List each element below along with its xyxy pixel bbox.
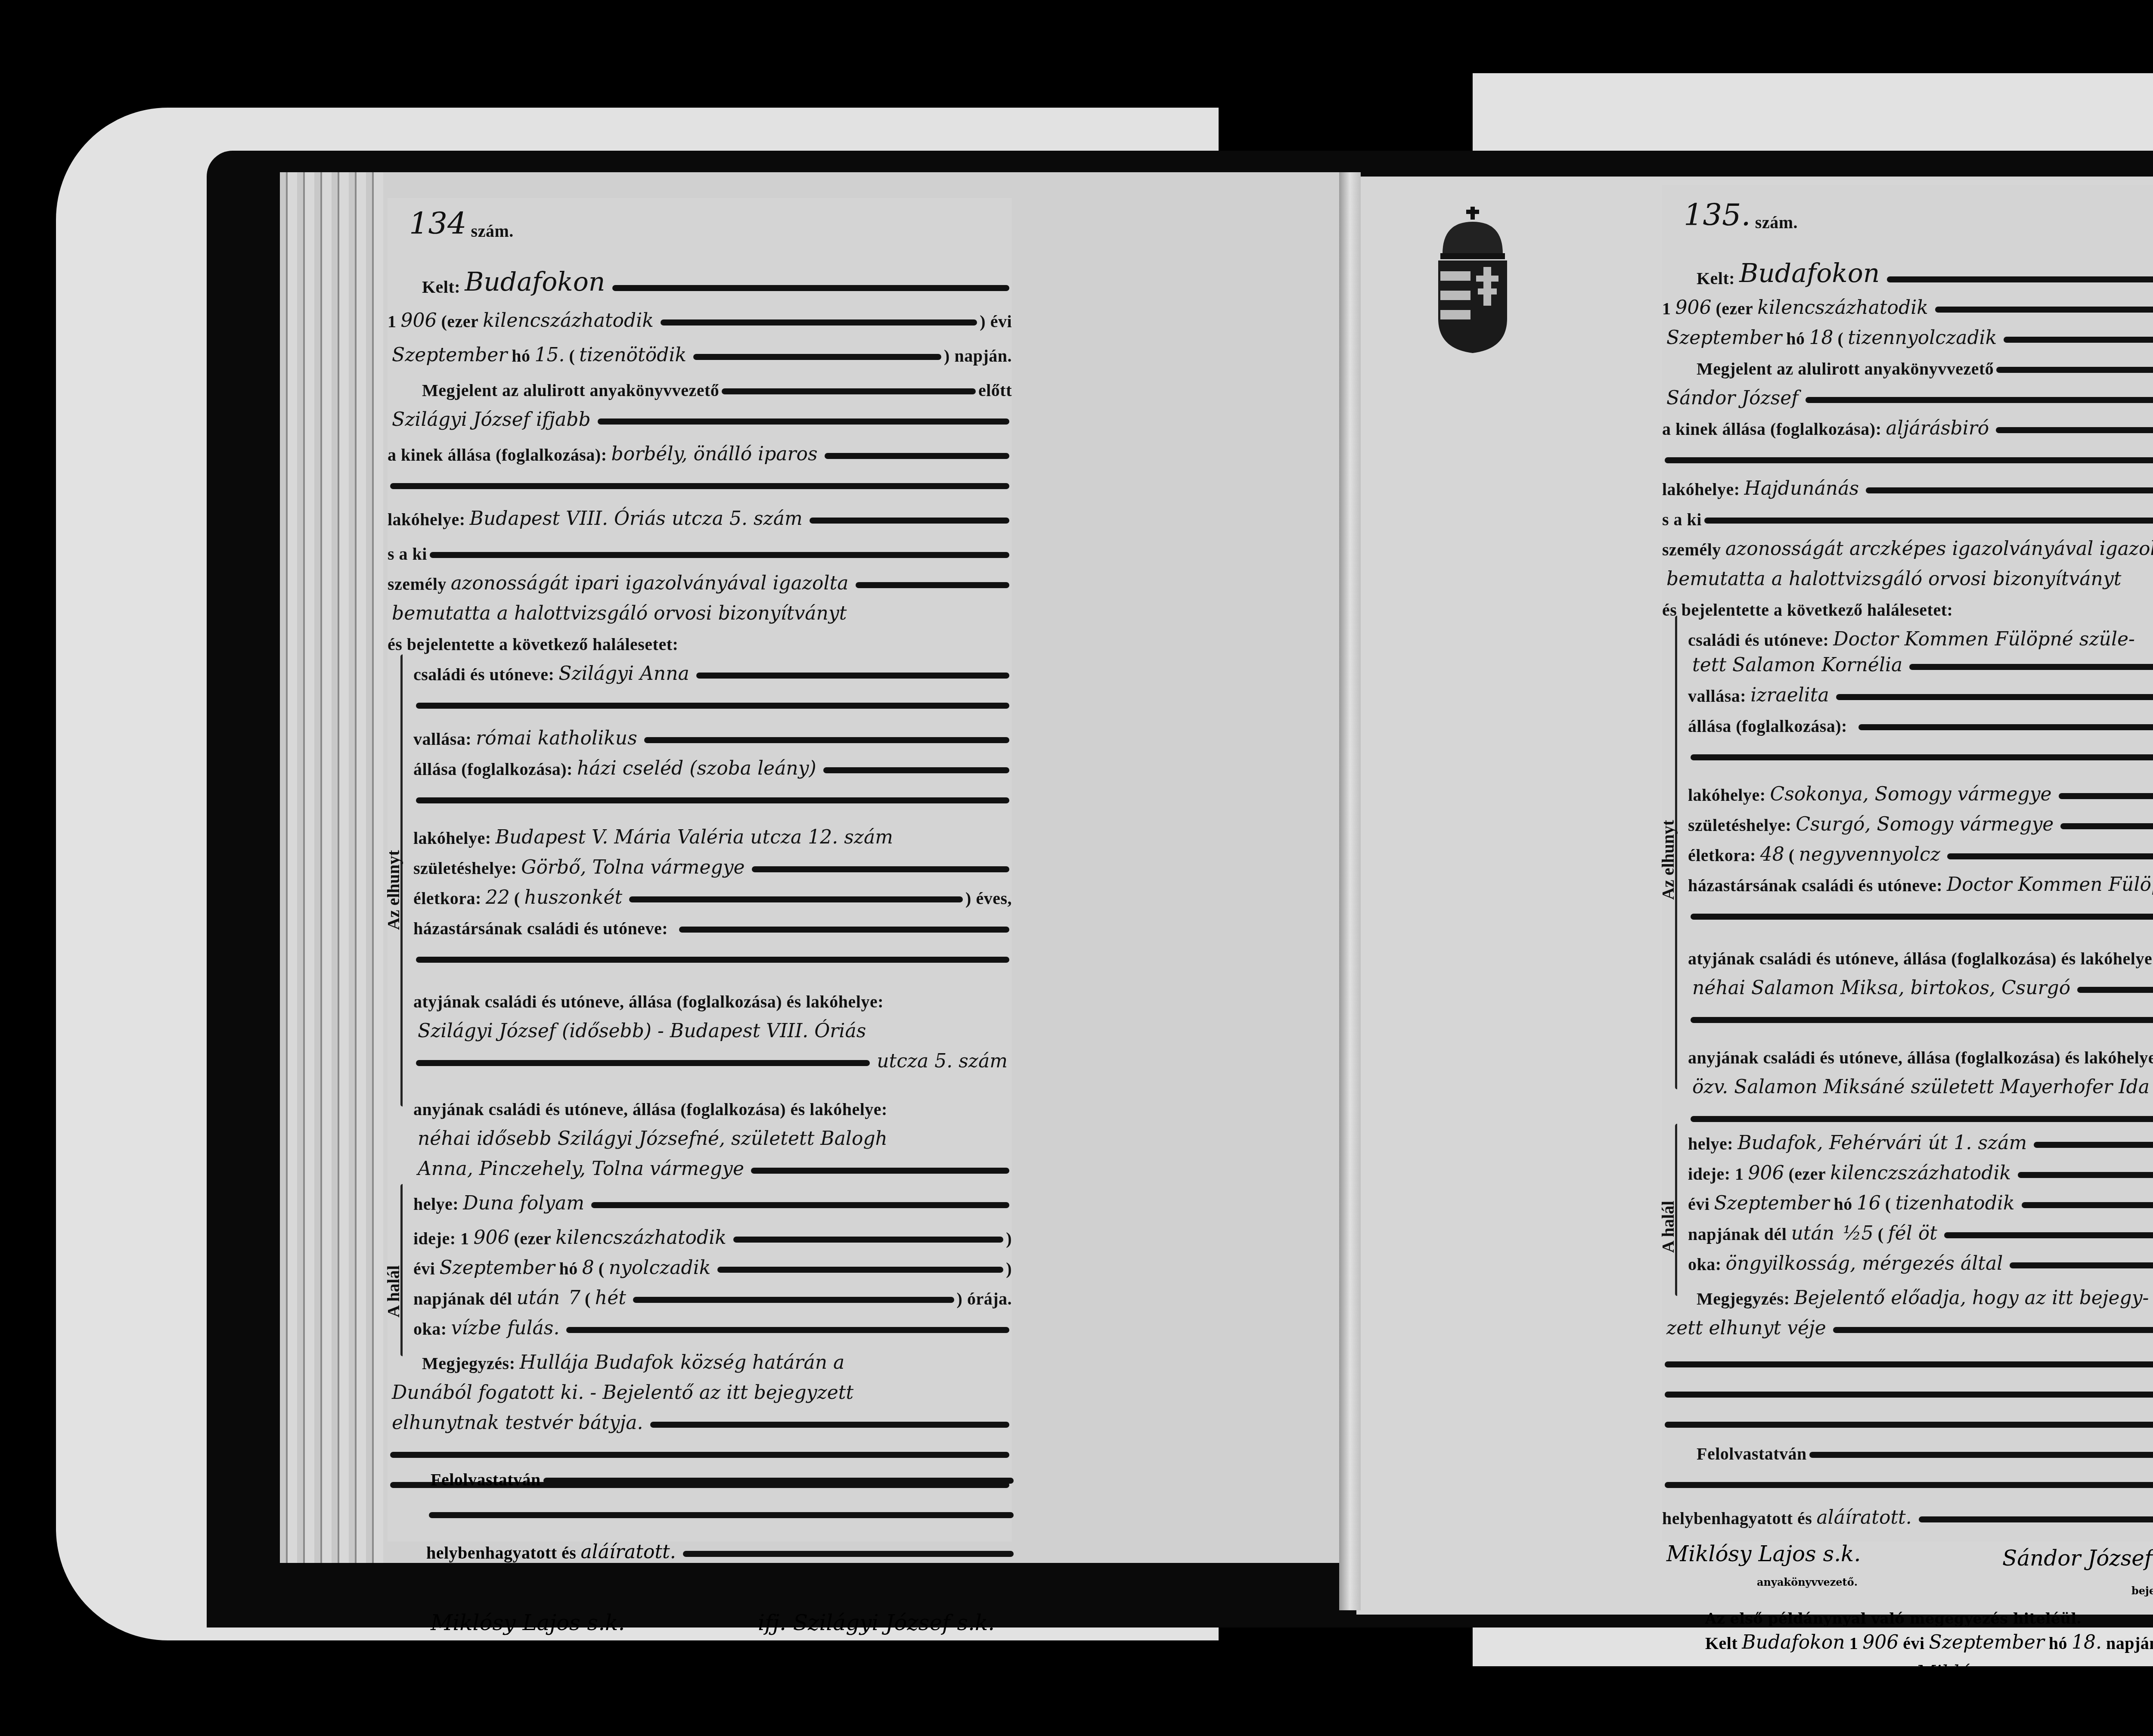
death-hour: 7 bbox=[568, 1287, 580, 1309]
deceased-residence: Budapest V. Mária Valéria utcza 12. szám bbox=[496, 826, 893, 848]
year-field: 906 bbox=[401, 310, 437, 332]
certified-place: Budafokon bbox=[1742, 1631, 1845, 1653]
year-words-field: kilencszázhatodik bbox=[1757, 297, 1928, 319]
deceased-birthplace: Csurgó, Somogy vármegye bbox=[1796, 813, 2054, 835]
record-134: 134 szám. Kelt: Budafokon 1 906 (ezer ki… bbox=[388, 198, 1012, 1541]
death-year: 906 bbox=[1748, 1162, 1784, 1184]
left-felolvastatvan-row: Felolvastatván bbox=[431, 1460, 1016, 1490]
year-words-field: kilencszázhatodik bbox=[483, 310, 654, 332]
place-field: Budafokon bbox=[1739, 258, 1880, 288]
deceased-religion: izraelita bbox=[1750, 684, 1829, 706]
side-label-death: A halál bbox=[1658, 1201, 1678, 1253]
remarks-line-3: elhunytnak testvér bátyja. bbox=[392, 1412, 643, 1434]
deceased-age-words: huszonkét bbox=[524, 887, 623, 908]
remarks-line-1: Hullája Budafok község határán a bbox=[519, 1352, 844, 1373]
record-number: 135. bbox=[1684, 197, 1751, 232]
informant-occupation: aljárásbiró bbox=[1886, 417, 1989, 439]
deceased-age: 48 bbox=[1760, 843, 1784, 865]
death-day: 8 bbox=[582, 1257, 594, 1279]
death-year: 906 bbox=[474, 1227, 510, 1249]
year-field: 906 bbox=[1675, 297, 1712, 319]
informant-name: Sándor József bbox=[1666, 387, 1799, 409]
informant-occupation: borbély, önálló iparos bbox=[611, 443, 817, 465]
record-number: 134 bbox=[409, 206, 467, 241]
certification-text: Az első példánynyal való megegyezés hite… bbox=[478, 1688, 854, 1705]
certified-day: 18. bbox=[2072, 1631, 2102, 1653]
death-cause: vízbe fulás. bbox=[451, 1317, 560, 1339]
left-page-edges bbox=[280, 172, 383, 1563]
father-line-1: néhai Salamon Miksa, birtokos, Csurgó bbox=[1692, 977, 2070, 999]
month-field: Szeptember bbox=[392, 344, 507, 366]
registrar-signature: Miklósy Lajos s.k. bbox=[1666, 1541, 1861, 1566]
deceased-age-words: negyvennyolcz bbox=[1799, 843, 1940, 865]
death-year-words: kilenczszázhatodik bbox=[1830, 1162, 2011, 1184]
identity-line-2: bemutatta a halottvizsgáló orvosi bizony… bbox=[392, 602, 847, 624]
deceased-birthplace: Görbő, Tolna vármegye bbox=[521, 856, 745, 878]
day-words-field: tizenötödik bbox=[579, 344, 686, 366]
remarks-line-2: zett elhunyt véje bbox=[1666, 1317, 1826, 1339]
death-day: 16 bbox=[1857, 1192, 1881, 1214]
informant-signature: Sándor József s.k. bbox=[2002, 1546, 2153, 1571]
death-day-words: tizenhatodik bbox=[1896, 1192, 2015, 1214]
informant-residence: Hajdunánás bbox=[1744, 477, 1859, 499]
death-place: Budafok, Fehérvári út 1. szám bbox=[1737, 1132, 2027, 1154]
certified-month: Szeptember bbox=[1929, 1631, 2044, 1653]
place-field: Budafokon bbox=[465, 267, 605, 297]
remarks-line-1: Bejelentő előadja, hogy az itt bejegy- bbox=[1794, 1287, 2149, 1309]
deceased-occupation: házi cseléd (szoba leány) bbox=[577, 757, 816, 779]
day-words-field: tizennyolczadik bbox=[1848, 327, 1997, 349]
month-field: Szeptember bbox=[1666, 327, 1782, 349]
deceased-age: 22 bbox=[486, 887, 510, 908]
deceased-residence: Csokonya, Somogy vármegye bbox=[1770, 783, 2052, 805]
side-label-death: A halál bbox=[383, 1265, 403, 1317]
death-month: Szeptember bbox=[439, 1257, 555, 1279]
book-spine bbox=[1339, 172, 1361, 1610]
registrar-signature: Miklósy Lajos s.k. bbox=[431, 1610, 625, 1635]
signed-field: aláíratott. bbox=[580, 1541, 676, 1563]
informant-name: Szilágyi József ifjabb bbox=[392, 409, 591, 431]
day-field: 18 bbox=[1809, 327, 1833, 349]
deceased-spouse: Doctor Kommen Fülöp bbox=[1947, 874, 2153, 896]
deceased-name: Szilágyi Anna bbox=[558, 663, 689, 685]
side-label-deceased: Az elhunyt bbox=[1658, 820, 1678, 900]
father-line-2: utcza 5. szám bbox=[877, 1050, 1008, 1072]
mother-line-2: Anna, Pinczehely, Tolna vármegye bbox=[418, 1158, 744, 1180]
mother-line-1: néhai idősebb Szilágyi Józsefné, születe… bbox=[418, 1128, 887, 1150]
identity-line-2: bemutatta a halottvizsgáló orvosi bizony… bbox=[1666, 568, 2121, 590]
remarks-line-2: Dunából fogatott ki. - Bejelentő az itt … bbox=[392, 1382, 853, 1404]
deceased-name-line-2: tett Salamon Kornélia bbox=[1692, 654, 1902, 676]
record-135: 135. szám. Kelt: Budafokon 1 906 (ezer k… bbox=[1662, 185, 2153, 1541]
death-day-words: nyolczadik bbox=[609, 1257, 711, 1279]
mother-line-1: özv. Salamon Miksáné született Mayerhofe… bbox=[1692, 1076, 2150, 1098]
coat-of-arms-icon bbox=[1430, 202, 1516, 357]
deceased-religion: római katholikus bbox=[476, 727, 637, 749]
day-field: 15. bbox=[534, 344, 565, 366]
death-month: Szeptember bbox=[1714, 1192, 1829, 1214]
identity-line-1: azonosságát arczképes igazolványával iga… bbox=[1725, 538, 2153, 560]
informant-residence: Budapest VIII. Óriás utcza 5. szám bbox=[470, 508, 803, 530]
death-hour-words: hét bbox=[595, 1287, 626, 1309]
death-ampm: után bbox=[516, 1287, 560, 1309]
certification-date-row: Kelt Budafokon 1 906 évi Szeptember hó 1… bbox=[1705, 1623, 2153, 1653]
death-year-words: kilencszázhatodik bbox=[555, 1227, 726, 1249]
death-hour: ½5 bbox=[1843, 1222, 1874, 1244]
death-cause: öngyilkosság, mérgezés által bbox=[1726, 1252, 2003, 1274]
death-place: Duna folyam bbox=[463, 1192, 584, 1214]
signed-field: aláíratott. bbox=[1816, 1507, 1911, 1528]
death-hour-words: fél öt bbox=[1888, 1222, 1937, 1244]
side-label-deceased: Az elhunyt bbox=[383, 850, 403, 930]
death-ampm: után bbox=[1791, 1222, 1834, 1244]
informant-signature: ifj. Szilágyi József s.k. bbox=[758, 1610, 995, 1635]
left-signed-row: helybenhagyatott és aláíratott. bbox=[426, 1533, 1016, 1563]
certifying-signature: Miklósy bbox=[1916, 1662, 1991, 1684]
identity-line-1: azonosságát ipari igazolványával igazolt… bbox=[451, 572, 849, 594]
father-line-1: Szilágyi József (idősebb) - Budapest VII… bbox=[418, 1020, 866, 1042]
certified-year: 906 bbox=[1862, 1631, 1899, 1653]
